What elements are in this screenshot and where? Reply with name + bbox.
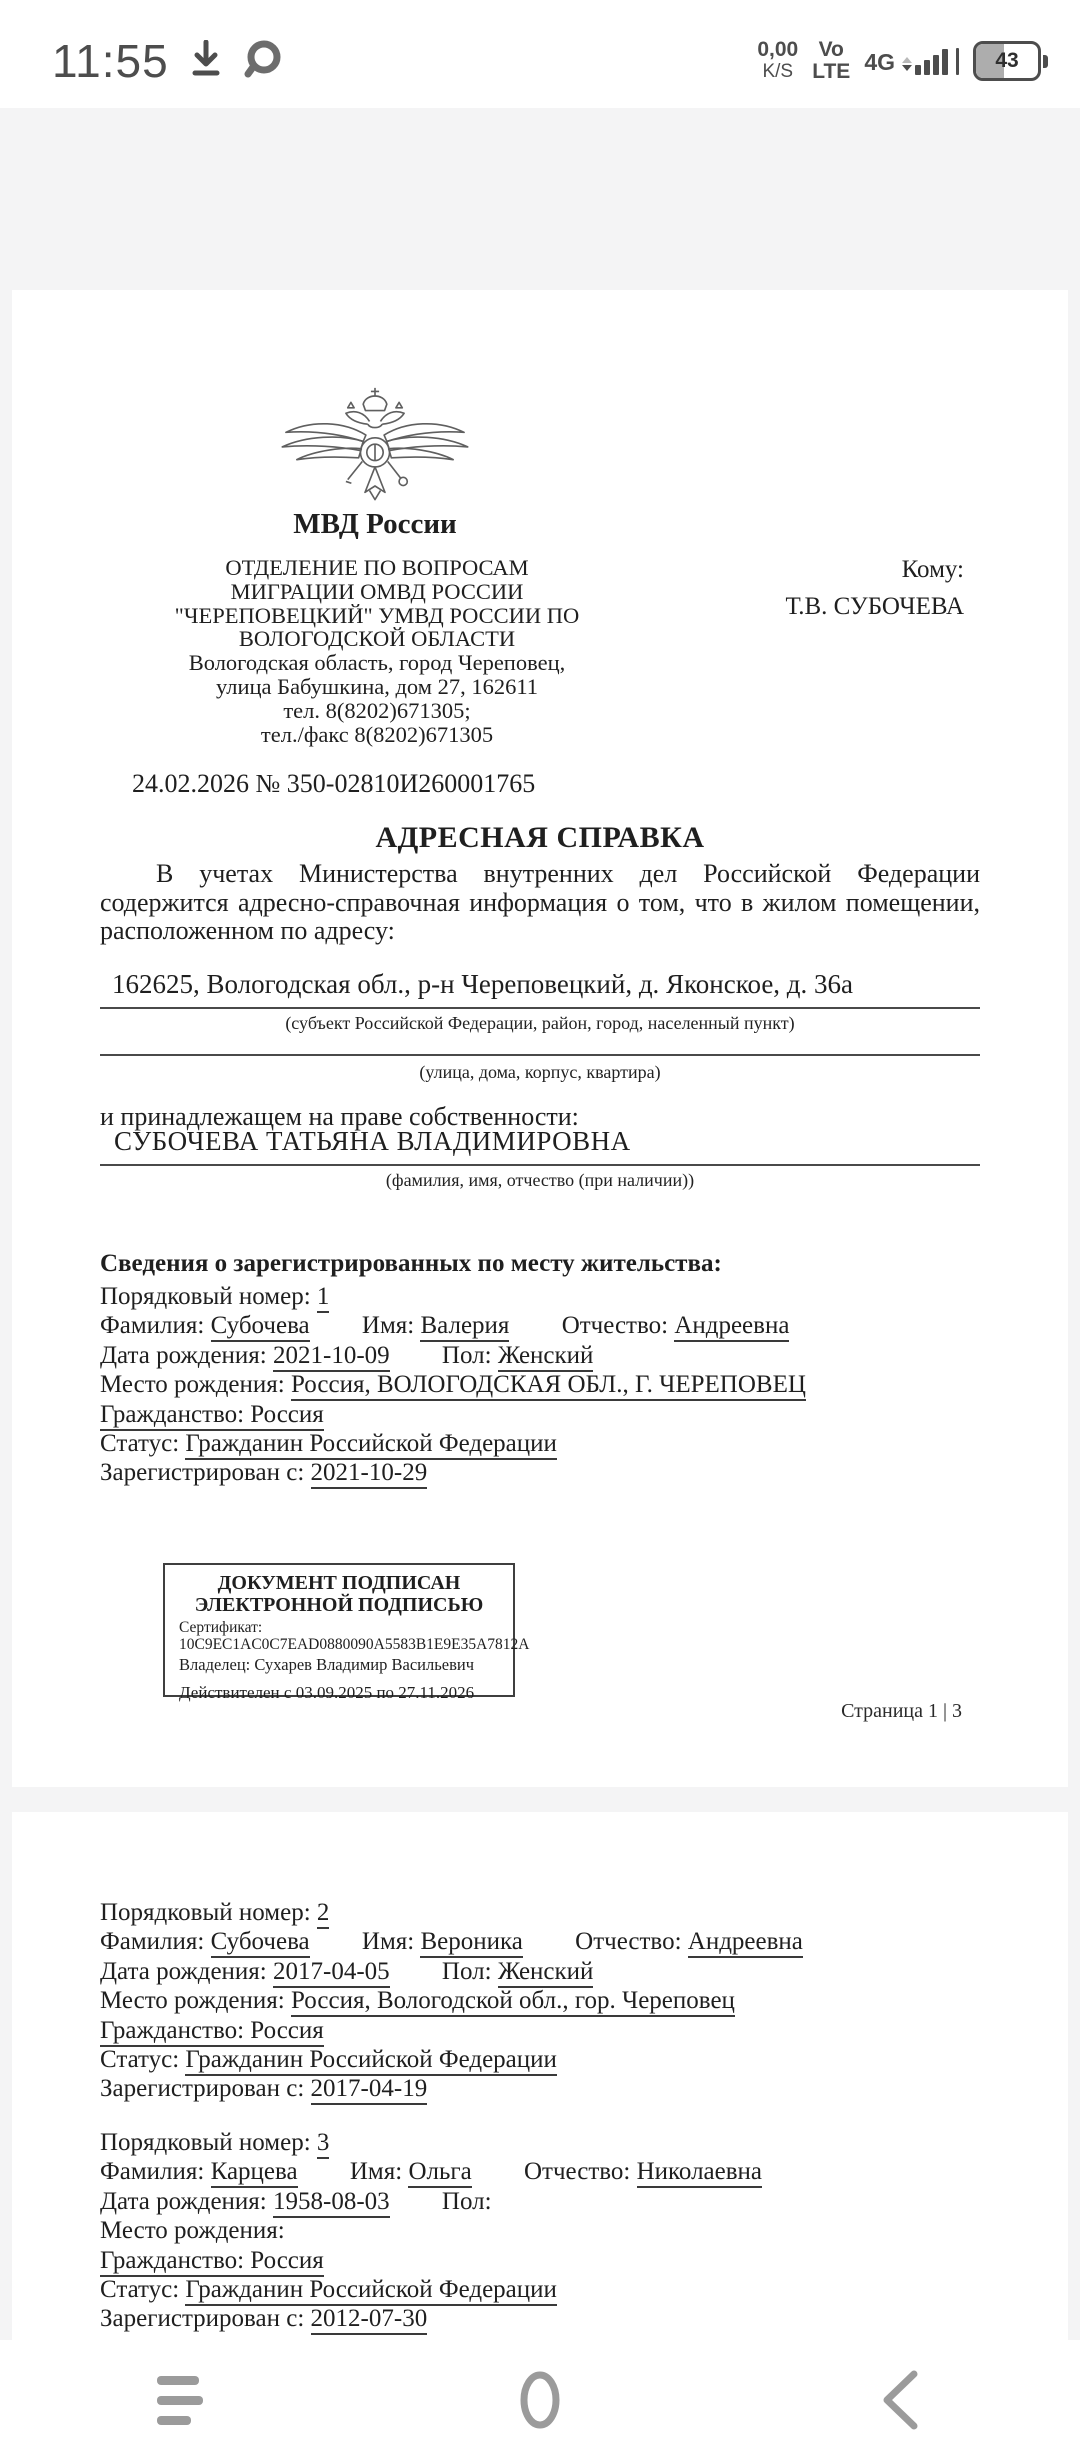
home-button[interactable] [360,2369,720,2431]
page-number-label: Страница 1 | 3 [841,1700,962,1723]
digital-signature-stamp: ДОКУМЕНТ ПОДПИСАН ЭЛЕКТРОННОЙ ПОДПИСЬЮ С… [163,1563,515,1697]
record-1: Порядковый номер: 1 Фамилия: Субочева Им… [100,1282,1000,1488]
volte-indicator: Vo LTE [812,39,850,83]
addressee-block: Кому: Т.В. СУБОЧЕВА [785,551,964,625]
address-caption: (субъект Российской Федерации, район, го… [100,1013,980,1034]
certificate-label: Сертификат: [165,1620,513,1637]
address-field: 162625, Вологодская обл., р-н Череповецк… [100,969,980,1009]
android-nav-bar [0,2340,1080,2460]
emblem-caption: МВД России [225,508,525,541]
date-and-number: 24.02.2026 № 350-02810И260001765 [132,769,535,799]
back-icon [879,2368,921,2432]
network-type: 4G [864,49,895,75]
registered-section-title: Сведения о зарегистрированных по месту ж… [100,1250,722,1278]
pdf-viewer-canvas[interactable]: МВД России ОТДЕЛЕНИЕ ПО ВОПРОСАМ МИГРАЦИ… [0,108,1080,2340]
download-icon [189,40,223,83]
issuing-office-block: ОТДЕЛЕНИЕ ПО ВОПРОСАМ МИГРАЦИИ ОМВД РОСС… [42,556,712,746]
signal-bars-icon: 4G [864,47,959,75]
status-bar: 11:55 0,00 K/S Vo LTE [0,0,1080,108]
sim2-signal-icon [956,48,959,75]
document-title: АДРЕСНАЯ СПРАВКА [100,821,980,855]
signature-validity: Действителен с 03.09.2025 по 27.11.2026 [165,1683,513,1702]
data-activity-icon [902,57,912,71]
battery-icon: 43 [973,41,1048,81]
record-3: Порядковый номер: 3 Фамилия: Карцева Имя… [100,2128,1000,2334]
clock: 11:55 [52,34,169,88]
street-caption: (улица, дома, корпус, квартира) [100,1062,980,1083]
street-field-empty [100,1034,980,1056]
record-2: Порядковый номер: 2 Фамилия: Субочева Им… [100,1898,1000,2104]
home-icon [517,2369,563,2431]
intro-paragraph: В учетах Министерства внутренних дел Рос… [100,860,980,946]
battery-percent: 43 [995,49,1018,73]
signature-owner: Владелец: Сухарев Владимир Васильевич [165,1655,513,1674]
addressee-label: Кому: [785,551,964,588]
screen-record-icon [243,39,283,84]
recents-button[interactable] [0,2365,360,2436]
recents-icon [157,2365,203,2436]
document-page-2: Порядковый номер: 2 Фамилия: Субочева Им… [12,1812,1068,2340]
document-page-1: МВД России ОТДЕЛЕНИЕ ПО ВОПРОСАМ МИГРАЦИ… [12,290,1068,1787]
owner-name-field: СУБОЧЕВА ТАТЬЯНА ВЛАДИМИРОВНА [100,1126,980,1166]
back-button[interactable] [720,2368,1080,2432]
addressee-name: Т.В. СУБОЧЕВА [785,588,964,625]
mvd-emblem [275,385,475,512]
certificate-value: 10C9EC1AC0C7EAD0880090A5583B1E9E35A7812A [165,1637,513,1654]
owner-caption: (фамилия, имя, отчество (при наличии)) [100,1170,980,1191]
network-speed-indicator: 0,00 K/S [757,39,798,83]
